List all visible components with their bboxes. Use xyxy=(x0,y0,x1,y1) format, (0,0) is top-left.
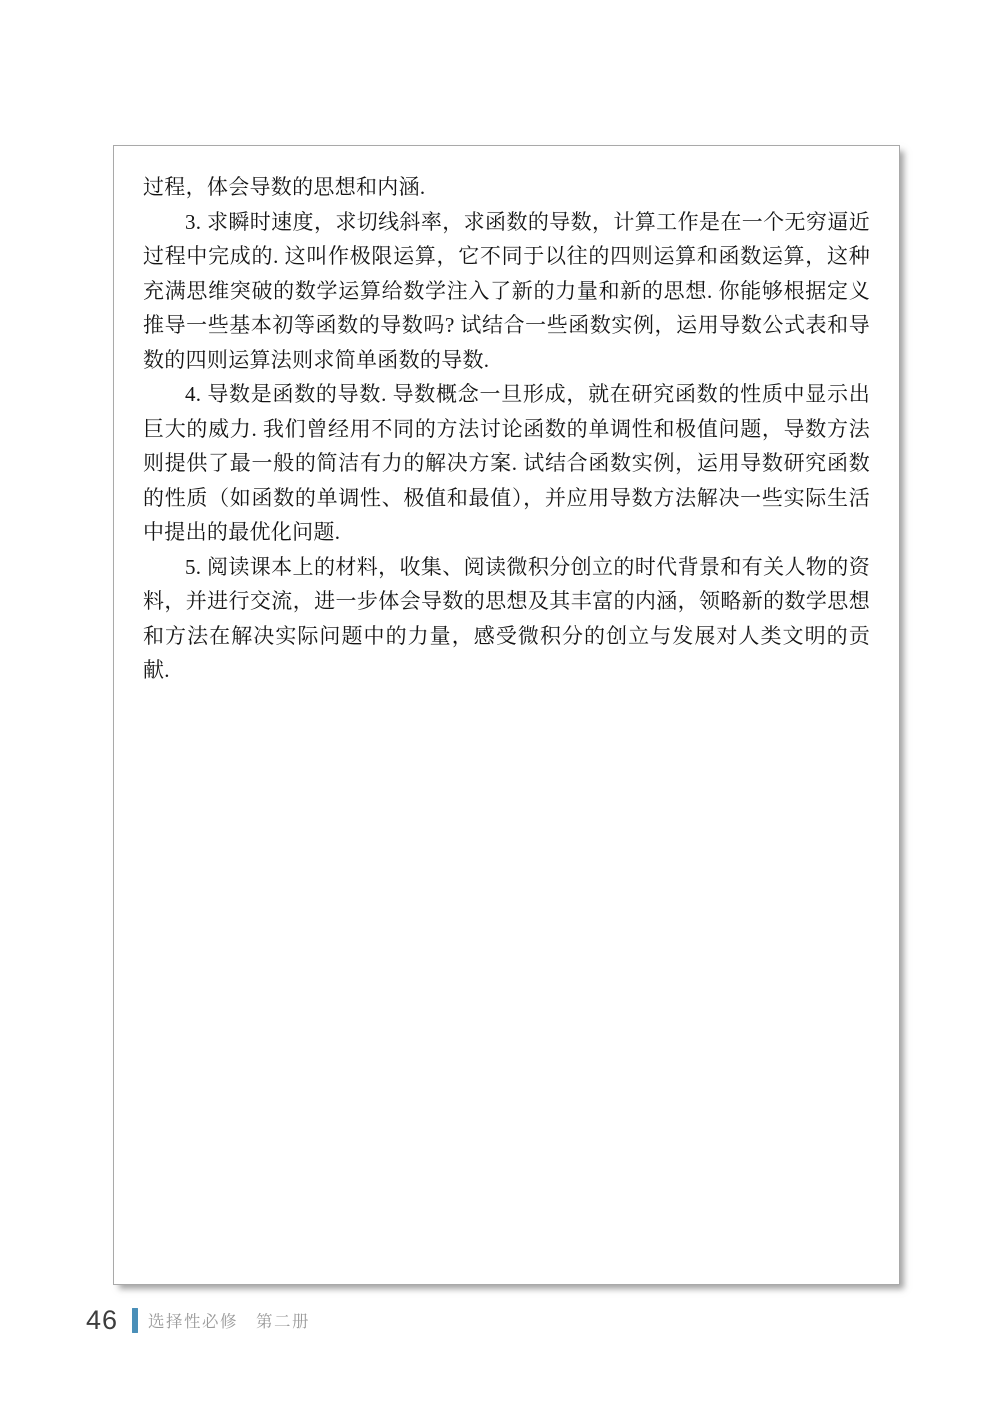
page-footer: 46 选择性必修 第二册 xyxy=(86,1305,310,1335)
footer-book-title: 选择性必修 第二册 xyxy=(148,1308,310,1332)
paragraph-continuation: 过程，体会导数的思想和内涵. xyxy=(143,170,870,205)
textbook-page: 过程，体会导数的思想和内涵. 3. 求瞬时速度，求切线斜率，求函数的导数，计算工… xyxy=(0,0,1000,1422)
footer-accent-bar xyxy=(132,1308,138,1333)
paragraph-item-4: 4. 导数是函数的导数. 导数概念一旦形成，就在研究函数的性质中显示出巨大的威力… xyxy=(143,377,870,550)
page-number: 46 xyxy=(86,1305,118,1335)
paragraph-item-3: 3. 求瞬时速度，求切线斜率，求函数的导数，计算工作是在一个无穷逼近过程中完成的… xyxy=(143,205,870,378)
page-content-box: 过程，体会导数的思想和内涵. 3. 求瞬时速度，求切线斜率，求函数的导数，计算工… xyxy=(113,145,900,1285)
paragraph-item-5: 5. 阅读课本上的材料，收集、阅读微积分创立的时代背景和有关人物的资料，并进行交… xyxy=(143,550,870,688)
